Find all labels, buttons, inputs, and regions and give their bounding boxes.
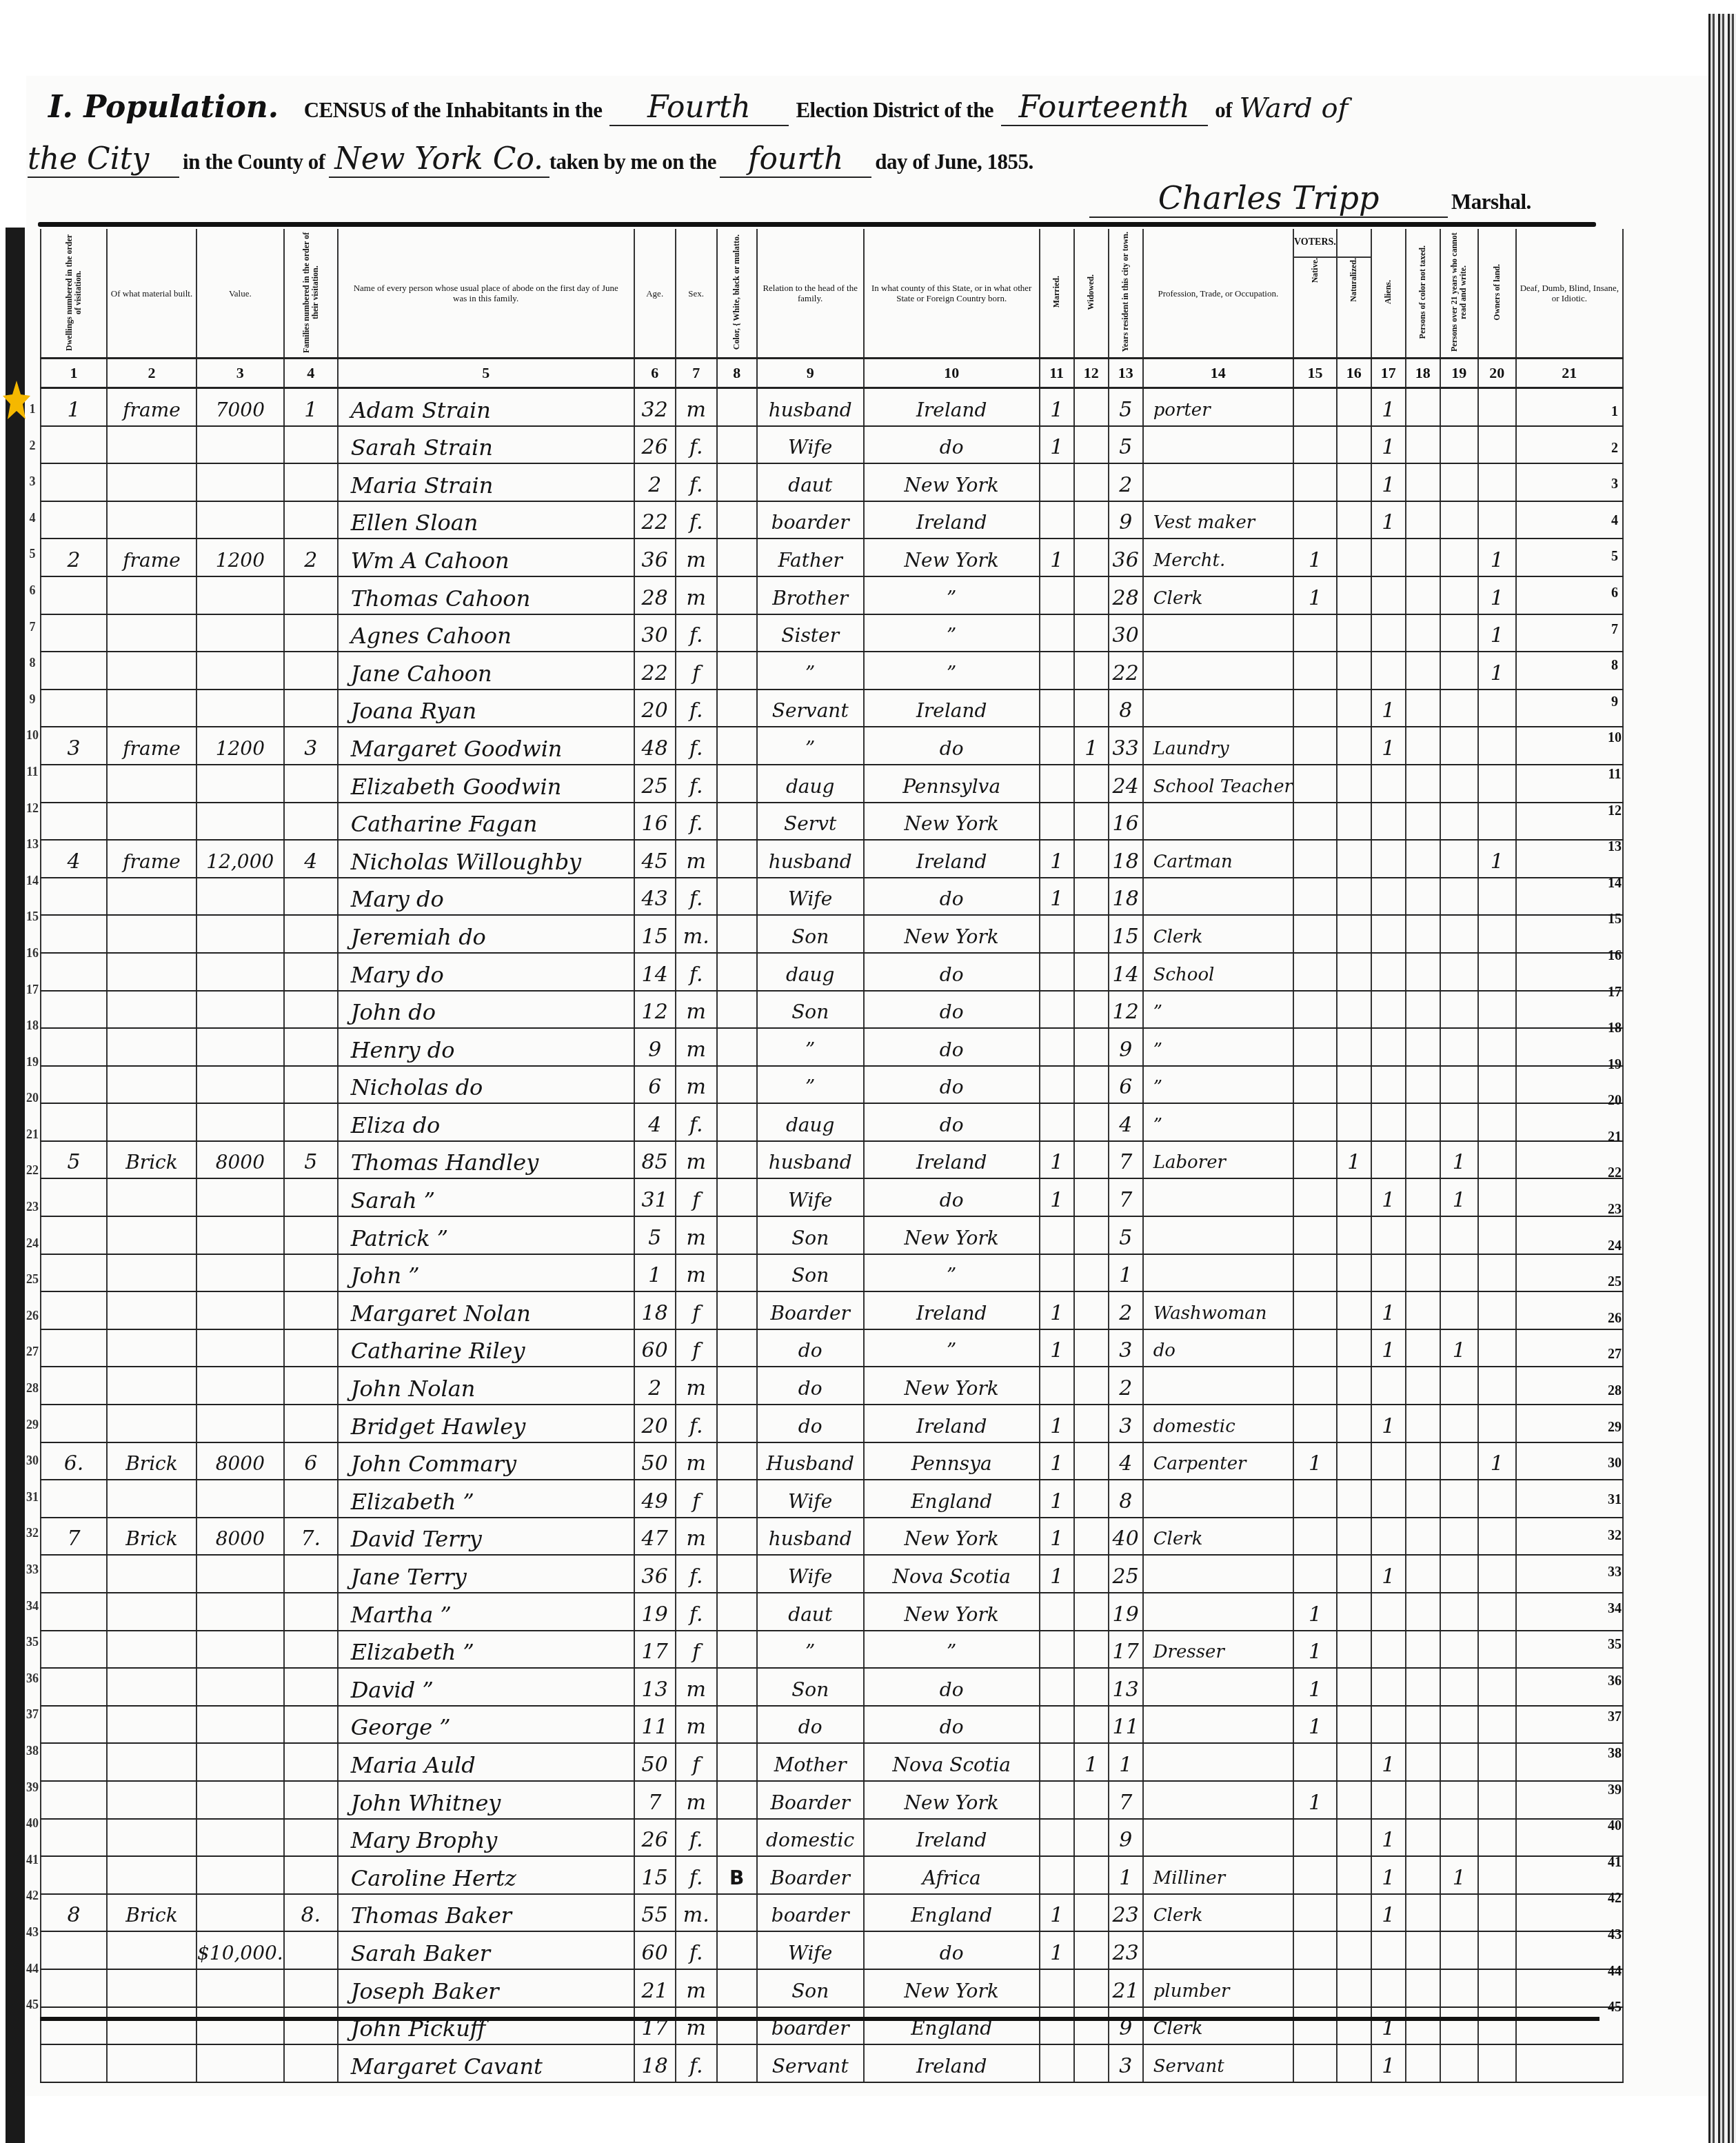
col-header-married: Married. [1040, 229, 1074, 359]
occupation-cell [1143, 1668, 1293, 1706]
sex-cell: f [676, 1291, 717, 1329]
line-number: 13 [25, 823, 40, 859]
married-mark-cell [1040, 1254, 1074, 1292]
widowed-mark-cell [1074, 1856, 1109, 1894]
years-resident-cell: 7 [1109, 1781, 1143, 1819]
dwelling-number-cell [41, 1178, 107, 1216]
color-not-taxed-mark-cell [1406, 1066, 1440, 1104]
line-number: 5 [1601, 532, 1628, 569]
family-number-cell: 6 [284, 1442, 338, 1480]
election-district-value: Fourth [609, 90, 789, 126]
sex-cell: m [676, 1141, 717, 1179]
line-number: 9 [1601, 678, 1628, 714]
color-cell [717, 803, 757, 841]
age-cell: 85 [634, 1141, 676, 1179]
color-not-taxed-mark-cell [1406, 2007, 1440, 2045]
land-owner-mark-cell [1478, 1706, 1516, 1744]
years-resident-cell: 36 [1109, 539, 1143, 576]
table-row: 6.Brick80006John Commary50mHusbandPennsy… [41, 1442, 1623, 1480]
married-mark-cell [1040, 1706, 1074, 1744]
occupation-cell: School Teacher [1143, 765, 1293, 803]
land-owner-mark-cell [1478, 1856, 1516, 1894]
dwelling-value-cell [196, 1969, 284, 2007]
line-number: 39 [25, 1766, 40, 1802]
occupation-cell [1143, 1781, 1293, 1819]
relation-cell: husband [757, 1518, 864, 1556]
land-owner-mark-cell [1478, 1066, 1516, 1104]
alien-mark-cell: 1 [1371, 1329, 1406, 1367]
color-cell [717, 652, 757, 690]
relation-cell: ” [757, 1631, 864, 1669]
line-number: 35 [1601, 1620, 1628, 1657]
naturalized-voter-mark-cell [1337, 1442, 1371, 1480]
age-cell: 15 [634, 1856, 676, 1894]
years-resident-cell: 25 [1109, 1555, 1143, 1593]
years-resident-cell: 4 [1109, 1442, 1143, 1480]
native-voter-mark-cell [1293, 1028, 1337, 1066]
dwelling-value-cell [196, 1028, 284, 1066]
native-voter-mark-cell [1293, 1931, 1337, 1969]
native-voter-mark-cell: 1 [1293, 576, 1337, 614]
sex-cell: m. [676, 1894, 717, 1932]
widowed-mark-cell [1074, 1066, 1109, 1104]
years-resident-cell: 2 [1109, 463, 1143, 501]
line-number: 41 [25, 1838, 40, 1875]
marshal-label: Marshal. [1451, 190, 1531, 214]
color-cell [717, 727, 757, 765]
birthplace-cell: New York [864, 463, 1040, 501]
married-mark-cell [1040, 463, 1074, 501]
birthplace-cell: New York [864, 1781, 1040, 1819]
color-cell [717, 1480, 757, 1518]
family-number-cell [284, 690, 338, 727]
sex-cell: f. [676, 878, 717, 916]
color-not-taxed-mark-cell [1406, 840, 1440, 878]
footer-rule [40, 2017, 1599, 2021]
occupation-cell: domestic [1143, 1405, 1293, 1442]
dwelling-value-cell [196, 1103, 284, 1141]
material-built-cell: frame [107, 840, 196, 878]
relation-cell: Son [757, 1216, 864, 1254]
relation-cell: do [757, 1367, 864, 1405]
col-header-material: Of what material built. [107, 229, 196, 359]
material-built-cell [107, 1329, 196, 1367]
land-owner-mark-cell [1478, 1480, 1516, 1518]
dwelling-number-cell [41, 1743, 107, 1781]
person-name-cell: Patrick ” [338, 1216, 634, 1254]
native-voter-mark-cell [1293, 840, 1337, 878]
line-number: 15 [25, 895, 40, 932]
table-row: Elizabeth ”49fWifeEngland18 [41, 1480, 1623, 1518]
relation-cell: do [757, 1329, 864, 1367]
naturalized-voter-mark-cell [1337, 463, 1371, 501]
family-number-cell [284, 915, 338, 953]
widowed-mark-cell [1074, 765, 1109, 803]
col-header-color-not-taxed: Persons of color not taxed. [1406, 229, 1440, 359]
material-built-cell [107, 463, 196, 501]
illiterate-mark-cell [1440, 1668, 1478, 1706]
widowed-mark-cell [1074, 803, 1109, 841]
age-cell: 6 [634, 1066, 676, 1104]
person-name-cell: Catharine Riley [338, 1329, 634, 1367]
sex-cell: m [676, 539, 717, 576]
table-row: 8Brick8.Thomas Baker55m.boarderEngland12… [41, 1894, 1623, 1932]
land-owner-mark-cell [1478, 463, 1516, 501]
age-cell: 18 [634, 2044, 676, 2082]
native-voter-mark-cell [1293, 1141, 1337, 1179]
family-number-cell [284, 1743, 338, 1781]
family-number-cell [284, 463, 338, 501]
person-name-cell: Elizabeth ” [338, 1631, 634, 1669]
relation-cell: daug [757, 765, 864, 803]
years-resident-cell: 40 [1109, 1518, 1143, 1556]
occupation-cell: Clerk [1143, 576, 1293, 614]
dwelling-number-cell [41, 1291, 107, 1329]
person-name-cell: Catharine Fagan [338, 803, 634, 841]
widowed-mark-cell [1074, 1141, 1109, 1179]
years-resident-cell: 6 [1109, 1066, 1143, 1104]
alien-mark-cell: 1 [1371, 1291, 1406, 1329]
naturalized-voter-mark-cell [1337, 614, 1371, 652]
years-resident-cell: 5 [1109, 1216, 1143, 1254]
sex-cell: m [676, 1028, 717, 1066]
age-cell: 15 [634, 915, 676, 953]
material-built-cell [107, 991, 196, 1029]
marshal-signature-line: Charles Tripp Marshal. [1089, 179, 1531, 218]
sex-cell: m [676, 1706, 717, 1744]
naturalized-voter-mark-cell [1337, 840, 1371, 878]
line-number: 28 [1601, 1367, 1628, 1403]
land-owner-mark-cell: 1 [1478, 576, 1516, 614]
native-voter-mark-cell [1293, 1969, 1337, 2007]
dwelling-value-cell [196, 1781, 284, 1819]
material-built-cell [107, 915, 196, 953]
sex-cell: f. [676, 765, 717, 803]
dwelling-value-cell: 1200 [196, 727, 284, 765]
right-line-numbers: 1234567891011121314151617181920212223242… [1601, 388, 1628, 2020]
table-row: John Whitney7mBoarderNew York71 [41, 1781, 1623, 1819]
age-cell: 16 [634, 803, 676, 841]
married-mark-cell [1040, 1367, 1074, 1405]
widowed-mark-cell [1074, 1819, 1109, 1857]
person-name-cell: John Whitney [338, 1781, 634, 1819]
illiterate-mark-cell [1440, 1028, 1478, 1066]
alien-mark-cell: 1 [1371, 501, 1406, 539]
native-voter-mark-cell [1293, 1480, 1337, 1518]
age-cell: 13 [634, 1668, 676, 1706]
illiterate-mark-cell [1440, 1442, 1478, 1480]
col-num: 4 [284, 359, 338, 388]
material-built-cell [107, 803, 196, 841]
sex-cell: m. [676, 915, 717, 953]
col-header-years-resident: Years resident in this city or town. [1109, 229, 1143, 359]
naturalized-voter-mark-cell [1337, 426, 1371, 464]
age-cell: 60 [634, 1931, 676, 1969]
table-row: Agnes Cahoon30f.Sister”301 [41, 614, 1623, 652]
relation-cell: Wife [757, 426, 864, 464]
person-name-cell: John do [338, 991, 634, 1029]
dwelling-number-cell: 1 [41, 388, 107, 426]
material-built-cell [107, 1066, 196, 1104]
widowed-mark-cell [1074, 840, 1109, 878]
material-built-cell [107, 765, 196, 803]
sex-cell: m [676, 991, 717, 1029]
color-not-taxed-mark-cell [1406, 426, 1440, 464]
illiterate-mark-cell: 1 [1440, 1178, 1478, 1216]
native-voter-mark-cell [1293, 1367, 1337, 1405]
line-number: 1 [1601, 388, 1628, 424]
native-voter-mark-cell [1293, 463, 1337, 501]
married-mark-cell [1040, 1781, 1074, 1819]
alien-mark-cell [1371, 1103, 1406, 1141]
years-resident-cell: 3 [1109, 2044, 1143, 2082]
birthplace-cell: ” [864, 1254, 1040, 1292]
table-row: $10,000.Sarah Baker60f.Wifedo123 [41, 1931, 1623, 1969]
naturalized-voter-mark-cell [1337, 991, 1371, 1029]
color-cell [717, 1743, 757, 1781]
color-not-taxed-mark-cell [1406, 690, 1440, 727]
table-row: Patrick ”5mSonNew York5 [41, 1216, 1623, 1254]
dwelling-number-cell [41, 1668, 107, 1706]
col-num: 9 [757, 359, 864, 388]
line-number: 14 [25, 859, 40, 896]
table-row: Martha ”19f.dautNew York191 [41, 1593, 1623, 1631]
table-row: Mary Brophy26f.domesticIreland91 [41, 1819, 1623, 1857]
occupation-cell: plumber [1143, 1969, 1293, 2007]
col-header-land-owners: Owners of land. [1478, 229, 1516, 359]
color-not-taxed-mark-cell [1406, 539, 1440, 576]
color-cell [717, 501, 757, 539]
material-built-cell [107, 1405, 196, 1442]
table-row: Mary do14f.daugdo14School [41, 953, 1623, 991]
family-number-cell [284, 1329, 338, 1367]
birthplace-cell: do [864, 991, 1040, 1029]
dwelling-number-cell [41, 1781, 107, 1819]
age-cell: 11 [634, 1706, 676, 1744]
alien-mark-cell [1371, 878, 1406, 916]
line-number: 30 [25, 1439, 40, 1476]
family-number-cell [284, 1856, 338, 1894]
naturalized-voter-mark-cell [1337, 539, 1371, 576]
line-number: 18 [25, 1004, 40, 1040]
color-not-taxed-mark-cell [1406, 1819, 1440, 1857]
table-row: Eliza do4f.daugdo4” [41, 1103, 1623, 1141]
widowed-mark-cell [1074, 953, 1109, 991]
occupation-cell [1143, 1480, 1293, 1518]
person-name-cell: Mary Brophy [338, 1819, 634, 1857]
color-cell [717, 2007, 757, 2045]
table-row: 5Brick80005Thomas Handley85mhusbandIrela… [41, 1141, 1623, 1179]
family-number-cell [284, 2044, 338, 2082]
years-resident-cell: 15 [1109, 915, 1143, 953]
illiterate-mark-cell [1440, 1706, 1478, 1744]
col-num: 11 [1040, 359, 1074, 388]
age-cell: 5 [634, 1216, 676, 1254]
sex-cell: m [676, 1442, 717, 1480]
col-num: 13 [1109, 359, 1143, 388]
widowed-mark-cell [1074, 1931, 1109, 1969]
line-number: 15 [1601, 895, 1628, 932]
material-built-cell [107, 1480, 196, 1518]
occupation-cell [1143, 1367, 1293, 1405]
widowed-mark-cell [1074, 690, 1109, 727]
birthplace-cell: England [864, 1894, 1040, 1932]
color-not-taxed-mark-cell [1406, 803, 1440, 841]
col-num: 17 [1371, 359, 1406, 388]
family-number-cell: 4 [284, 840, 338, 878]
color-not-taxed-mark-cell [1406, 1405, 1440, 1442]
color-cell [717, 1518, 757, 1556]
sex-cell: f. [676, 426, 717, 464]
color-cell [717, 1442, 757, 1480]
years-resident-cell: 8 [1109, 1480, 1143, 1518]
naturalized-voter-mark-cell [1337, 1969, 1371, 2007]
col-num: 6 [634, 359, 676, 388]
material-built-cell [107, 1028, 196, 1066]
person-name-cell: Margaret Nolan [338, 1291, 634, 1329]
line-number: 14 [1601, 859, 1628, 896]
occupation-cell [1143, 1706, 1293, 1744]
color-cell: B [717, 1856, 757, 1894]
alien-mark-cell: 1 [1371, 2007, 1406, 2045]
alien-mark-cell: 1 [1371, 1743, 1406, 1781]
illiterate-mark-cell [1440, 803, 1478, 841]
family-number-cell [284, 878, 338, 916]
family-number-cell [284, 1254, 338, 1292]
line-number: 5 [25, 532, 40, 569]
land-owner-mark-cell [1478, 1103, 1516, 1141]
alien-mark-cell [1371, 1141, 1406, 1179]
married-mark-cell: 1 [1040, 539, 1074, 576]
color-cell [717, 1291, 757, 1329]
years-resident-cell: 22 [1109, 652, 1143, 690]
person-name-cell: Mary do [338, 878, 634, 916]
color-cell [717, 1178, 757, 1216]
line-number: 40 [25, 1802, 40, 1838]
date-label: day of June, 1855. [875, 150, 1033, 174]
relation-cell: do [757, 1405, 864, 1442]
dwelling-number-cell [41, 1706, 107, 1744]
col-header-dwelling: Dwellings numbered in the order of visit… [41, 229, 107, 359]
col-header-naturalized: Naturalized. [1337, 229, 1371, 359]
illiterate-mark-cell [1440, 1555, 1478, 1593]
line-number: 17 [25, 968, 40, 1005]
years-resident-cell: 5 [1109, 426, 1143, 464]
land-owner-mark-cell [1478, 1593, 1516, 1631]
married-mark-cell [1040, 953, 1074, 991]
line-number: 45 [25, 1983, 40, 2020]
widowed-mark-cell [1074, 1405, 1109, 1442]
relation-cell: Boarder [757, 1856, 864, 1894]
naturalized-voter-mark-cell [1337, 1781, 1371, 1819]
relation-cell: Boarder [757, 1781, 864, 1819]
line-number: 26 [1601, 1294, 1628, 1331]
widowed-mark-cell [1074, 1593, 1109, 1631]
native-voter-mark-cell [1293, 1066, 1337, 1104]
alien-mark-cell: 1 [1371, 690, 1406, 727]
dwelling-number-cell [41, 1856, 107, 1894]
color-not-taxed-mark-cell [1406, 727, 1440, 765]
table-row: 3frame12003Margaret Goodwin48f.”do133Lau… [41, 727, 1623, 765]
color-cell [717, 915, 757, 953]
dwelling-number-cell [41, 1066, 107, 1104]
widowed-mark-cell [1074, 501, 1109, 539]
person-name-cell: Margaret Goodwin [338, 727, 634, 765]
married-mark-cell: 1 [1040, 1405, 1074, 1442]
illiterate-mark-cell: 1 [1440, 1856, 1478, 1894]
naturalized-voter-mark-cell [1337, 388, 1371, 426]
native-voter-mark-cell [1293, 1819, 1337, 1857]
dwelling-number-cell [41, 765, 107, 803]
birthplace-cell: New York [864, 1593, 1040, 1631]
years-resident-cell: 3 [1109, 1405, 1143, 1442]
family-number-cell: 1 [284, 388, 338, 426]
land-owner-mark-cell: 1 [1478, 652, 1516, 690]
column-numbers: 1 2 3 4 5 6 7 8 9 10 11 12 13 14 15 16 1… [41, 359, 1623, 388]
sex-cell: m [676, 1668, 717, 1706]
col-num: 5 [338, 359, 634, 388]
color-not-taxed-mark-cell [1406, 1480, 1440, 1518]
dwelling-value-cell [196, 614, 284, 652]
age-cell: 49 [634, 1480, 676, 1518]
line-number: 3 [1601, 460, 1628, 496]
color-not-taxed-mark-cell [1406, 463, 1440, 501]
native-voter-mark-cell [1293, 765, 1337, 803]
dwelling-value-cell [196, 1367, 284, 1405]
alien-mark-cell: 1 [1371, 1894, 1406, 1932]
dwelling-number-cell [41, 1555, 107, 1593]
relation-cell: Son [757, 915, 864, 953]
table-row: Bridget Hawley20f.doIreland13domestic1 [41, 1405, 1623, 1442]
dwelling-number-cell [41, 1216, 107, 1254]
line-number: 7 [25, 605, 40, 642]
land-owner-mark-cell [1478, 878, 1516, 916]
col-num: 16 [1337, 359, 1371, 388]
sex-cell: f. [676, 1593, 717, 1631]
land-owner-mark-cell [1478, 1931, 1516, 1969]
dwelling-value-cell: 7000 [196, 388, 284, 426]
occupation-cell: Clerk [1143, 915, 1293, 953]
dwelling-value-cell [196, 1668, 284, 1706]
occupation-cell [1143, 426, 1293, 464]
color-not-taxed-mark-cell [1406, 878, 1440, 916]
family-number-cell [284, 1103, 338, 1141]
illiterate-mark-cell [1440, 1103, 1478, 1141]
family-number-cell [284, 1066, 338, 1104]
person-name-cell: John Pickuff [338, 2007, 634, 2045]
land-owner-mark-cell: 1 [1478, 539, 1516, 576]
census-label: CENSUS of the Inhabitants in the [304, 98, 603, 122]
color-cell [717, 1066, 757, 1104]
birthplace-cell: ” [864, 1329, 1040, 1367]
age-cell: 17 [634, 1631, 676, 1669]
naturalized-voter-mark-cell [1337, 1028, 1371, 1066]
color-not-taxed-mark-cell [1406, 1178, 1440, 1216]
illiterate-mark-cell [1440, 652, 1478, 690]
person-name-cell: John Nolan [338, 1367, 634, 1405]
color-not-taxed-mark-cell [1406, 1518, 1440, 1556]
color-cell [717, 1668, 757, 1706]
married-mark-cell [1040, 1066, 1074, 1104]
dwelling-number-cell [41, 1931, 107, 1969]
occupation-cell: porter [1143, 388, 1293, 426]
relation-cell: boarder [757, 1894, 864, 1932]
birthplace-cell: ” [864, 576, 1040, 614]
occupation-cell: Mercht. [1143, 539, 1293, 576]
line-number: 31 [25, 1476, 40, 1512]
sex-cell: m [676, 2007, 717, 2045]
illiterate-mark-cell [1440, 765, 1478, 803]
